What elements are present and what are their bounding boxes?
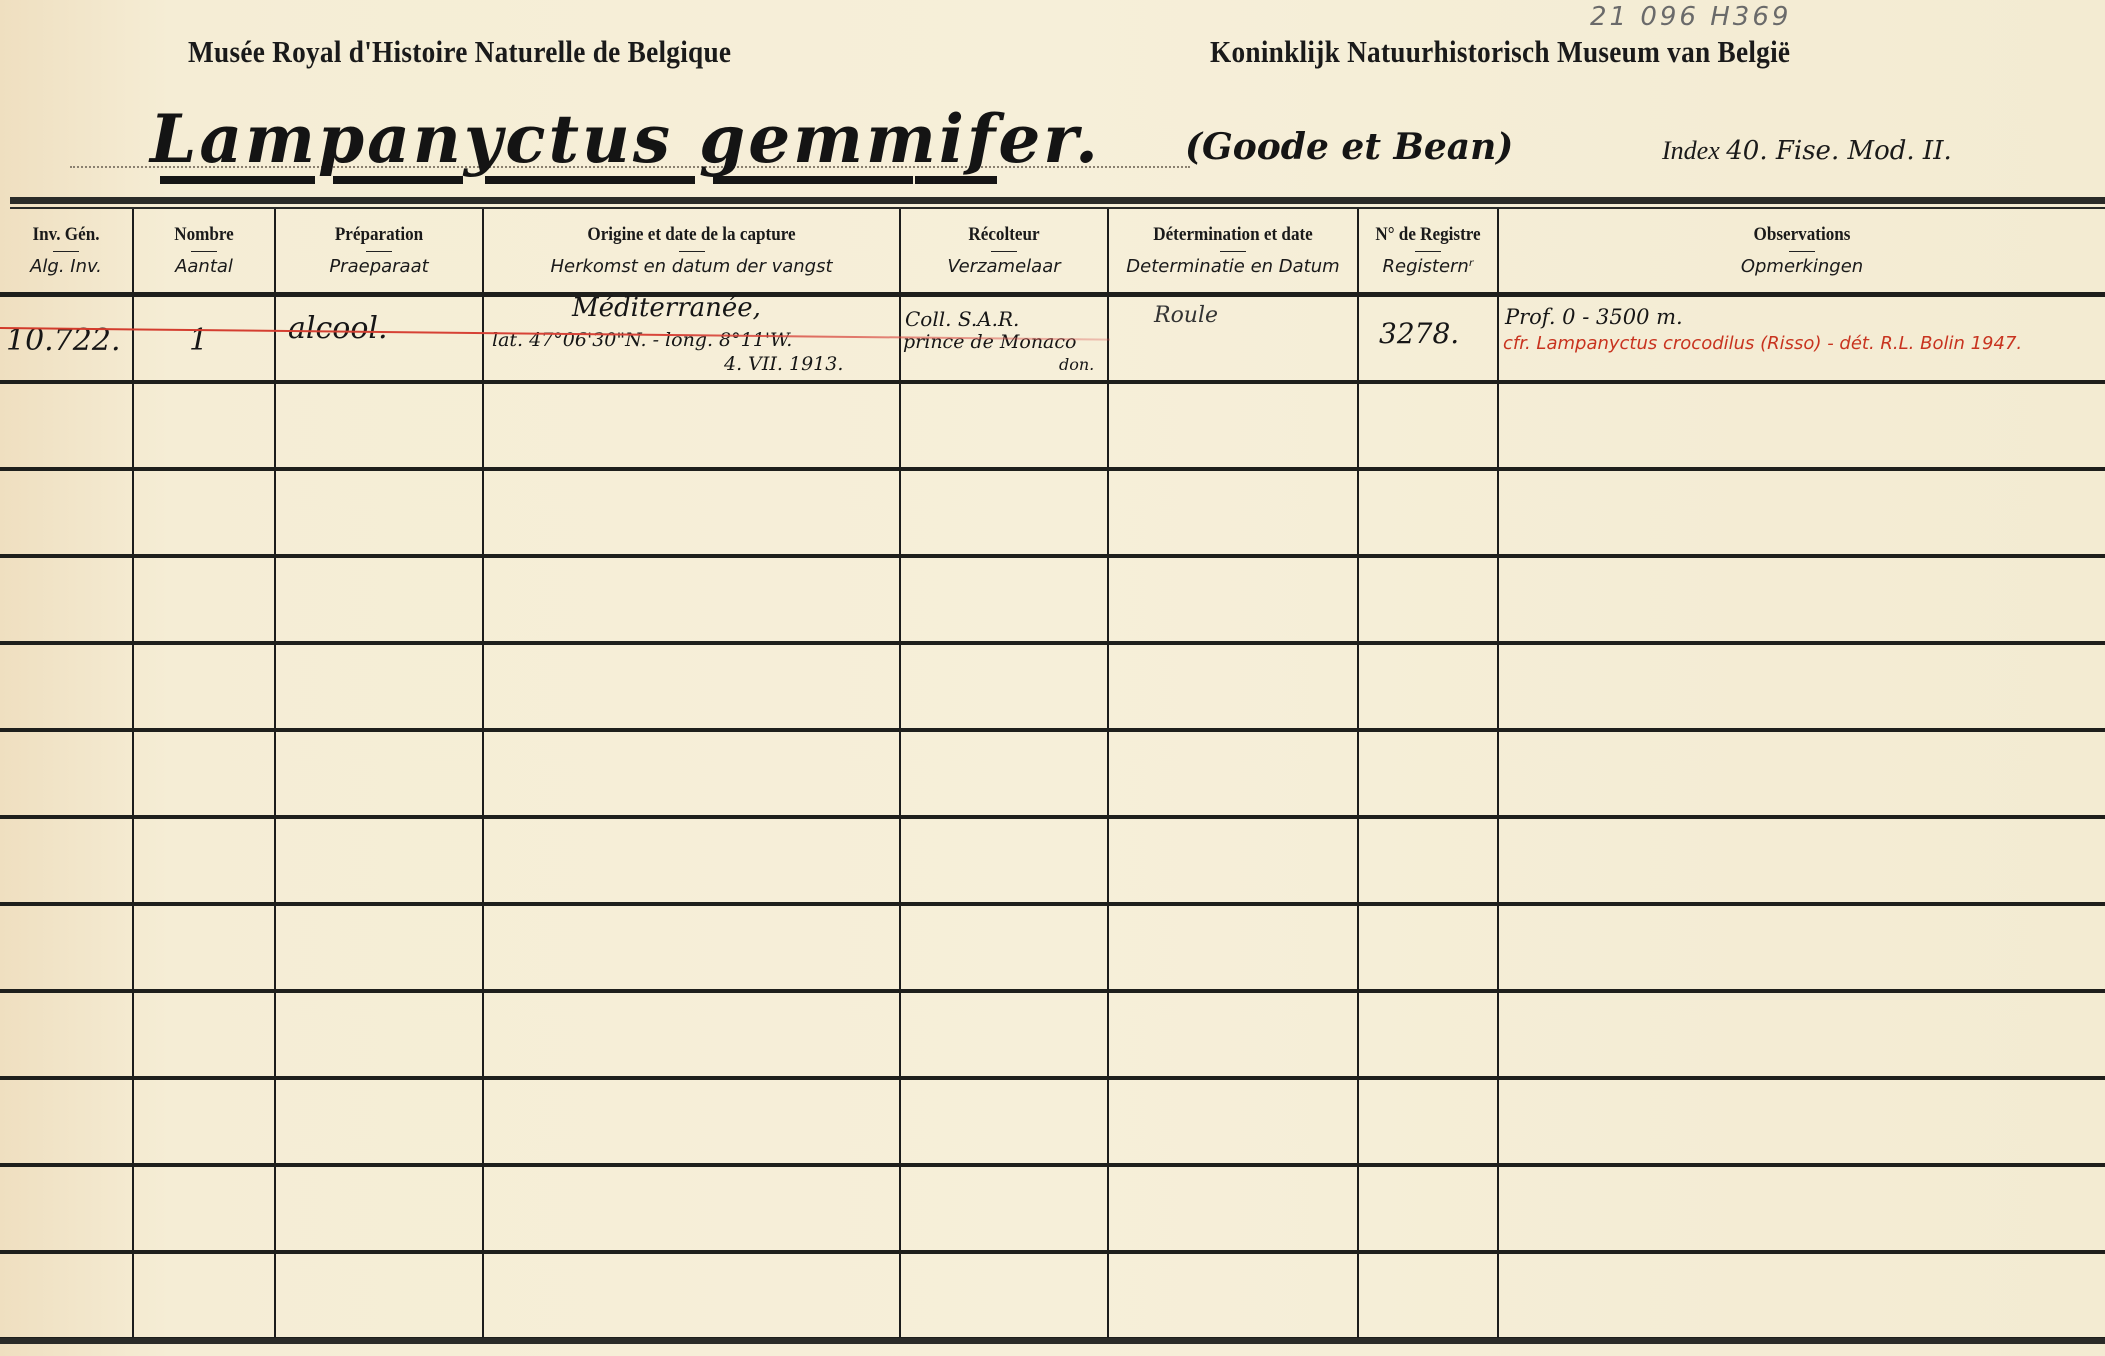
species-underline — [713, 176, 913, 184]
accession-number: 21 096 H369 — [1590, 2, 1791, 32]
bottom-rule — [0, 1338, 2105, 1344]
cell-preparation: alcool. — [275, 295, 483, 383]
register-table: Inv. Gén.Alg. Inv. NombreAantal Préparat… — [0, 209, 2105, 1341]
cell-origine: Méditerranée, lat. 47°06'30"N. - long. 8… — [483, 295, 900, 383]
table-row-empty — [0, 730, 2105, 817]
table-row-empty — [0, 469, 2105, 556]
table-row-empty — [0, 991, 2105, 1078]
column-header-origine: Origine et date de la captureHerkomst en… — [483, 209, 900, 295]
index-label: Index — [1662, 136, 1720, 165]
species-underline — [333, 176, 463, 184]
museum-name-dutch: Koninklijk Natuurhistorisch Museum van B… — [1210, 34, 1790, 70]
species-underline — [485, 176, 695, 184]
cell-registre: 3278. — [1358, 295, 1498, 383]
species-author: (Goode et Bean) — [1185, 126, 1513, 168]
cell-determination: Roule — [1108, 295, 1358, 383]
column-header-registre: N° de RegistreRegisternʳ — [1358, 209, 1498, 295]
table-row-empty — [0, 1252, 2105, 1339]
column-header-inv-gen: Inv. Gén.Alg. Inv. — [0, 209, 133, 295]
column-header-recolteur: RécolteurVerzamelaar — [900, 209, 1108, 295]
species-underline — [915, 176, 997, 184]
species-name: Lampanyctus gemmifer. — [150, 100, 1101, 178]
species-underline — [160, 176, 315, 184]
table-row-empty — [0, 382, 2105, 469]
index-value: 40. Fise. Mod. II. — [1726, 136, 1951, 166]
table-row-empty — [0, 817, 2105, 904]
table-row-empty — [0, 643, 2105, 730]
column-header-nombre: NombreAantal — [133, 209, 275, 295]
cell-inv-gen: 10.722. — [0, 295, 133, 383]
table-row-empty — [0, 1165, 2105, 1252]
index-reference: Index 40. Fise. Mod. II. — [1662, 136, 1952, 166]
cell-nombre: 1 — [133, 295, 275, 383]
column-header-determination: Détermination et dateDeterminatie en Dat… — [1108, 209, 1358, 295]
table-row-empty — [0, 1078, 2105, 1165]
table-row-empty — [0, 556, 2105, 643]
cell-observations: Prof. 0 - 3500 m. cfr. Lampanyctus croco… — [1498, 295, 2105, 383]
top-double-rule — [10, 197, 2105, 204]
museum-name-french: Musée Royal d'Histoire Naturelle de Belg… — [188, 34, 731, 70]
header-row: Inv. Gén.Alg. Inv. NombreAantal Préparat… — [0, 209, 2105, 295]
column-header-observations: ObservationsOpmerkingen — [1498, 209, 2105, 295]
table-row-empty — [0, 904, 2105, 991]
column-header-preparation: PréparationPraeparaat — [275, 209, 483, 295]
